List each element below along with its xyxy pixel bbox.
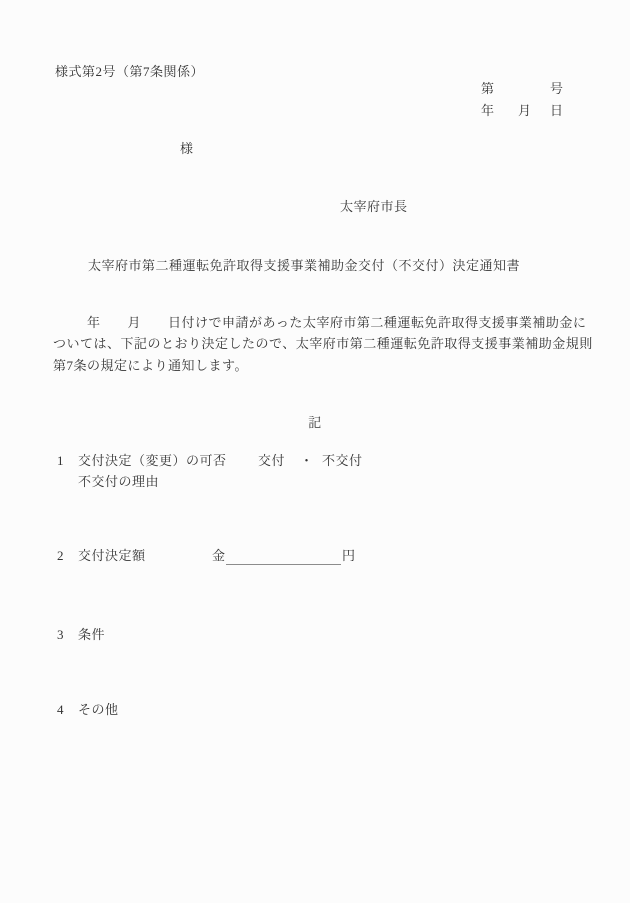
item-2-label: 交付決定額 (78, 546, 146, 566)
item-4-number: 4 (57, 700, 64, 720)
item-1-choice-separator-dot: ・ (300, 451, 314, 471)
item-4-label: その他 (78, 700, 119, 720)
date-day-label: 日 (550, 101, 564, 121)
document-page: 様式第2号（第7条関係） 第 号 年 月 日 様 太宰府市長 太宰府市第二種運転… (0, 0, 630, 903)
item-1-choice-no-grant: 不交付 (322, 451, 363, 471)
date-year-label: 年 (481, 101, 495, 121)
document-title: 太宰府市第二種運転免許取得支援事業補助金交付（不交付）決定通知書 (0, 256, 608, 276)
amount-blank-line (226, 552, 341, 565)
doc-number-prefix-label: 第 (481, 79, 495, 99)
sender-title-label: 太宰府市長 (340, 197, 408, 217)
item-1-number: 1 (57, 451, 64, 471)
body-line-1: 年 月 日付けで申請があった太宰府市第二種運転免許取得支援事業補助金に (87, 312, 586, 334)
amount-prefix-label: 金 (212, 546, 226, 566)
body-line-2: ついては、下記のとおり決定したので、太宰府市第二種運転免許取得支援事業補助金規則 (53, 333, 593, 355)
item-3-label: 条件 (78, 625, 105, 645)
body-line-3: 第7条の規定により通知します。 (53, 355, 248, 377)
item-3-number: 3 (57, 625, 64, 645)
doc-number-suffix-label: 号 (550, 79, 564, 99)
amount-suffix-label: 円 (342, 546, 356, 566)
form-number-label: 様式第2号（第7条関係） (55, 62, 204, 82)
addressee-honorific-label: 様 (180, 139, 194, 159)
item-1-sub-label: 不交付の理由 (78, 472, 159, 492)
item-1-label: 交付決定（変更）の可否 (78, 451, 227, 471)
item-2-number: 2 (57, 546, 64, 566)
ki-marker: 記 (0, 413, 630, 433)
item-1-choice-grant: 交付 (258, 451, 285, 471)
date-month-label: 月 (518, 101, 532, 121)
